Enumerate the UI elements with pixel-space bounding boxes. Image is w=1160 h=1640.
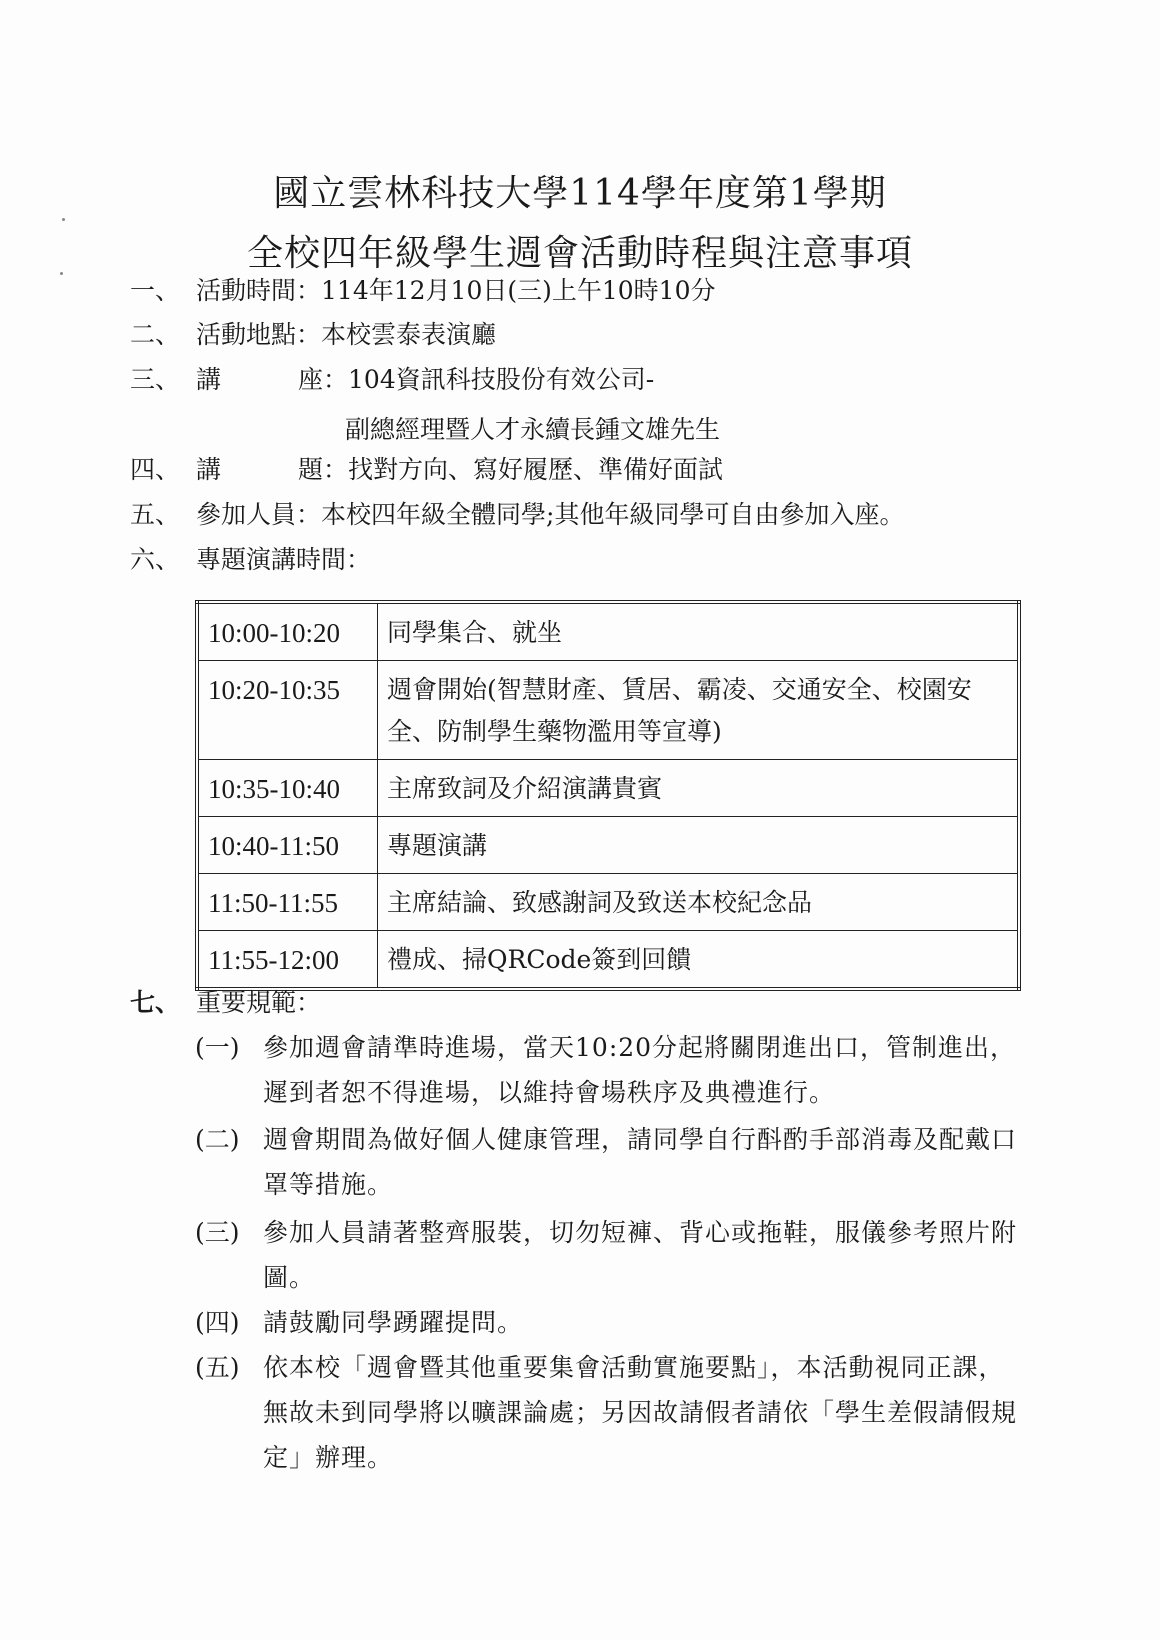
schedule-activity: 主席致詞及介紹演講貴賓 [378,760,1020,817]
rule-number: (四) [195,1300,240,1345]
item-value: 104資訊科技股份有效公司- [348,365,654,394]
rule-number: (一) [195,1025,240,1070]
rule-text: 依本校「週會暨其他重要集會活動實施要點」，本活動視同正課，無故未到同學將以曠課論… [263,1345,1025,1480]
item-value: 本校雲泰表演廳 [321,320,496,349]
item-topic: 四、講題：找對方向、寫好履歷、準備好面試 [130,455,723,485]
rule-item: (二) 週會期間為做好個人健康管理，請同學自行酙酌手部消毒及配戴口罩等措施。 [195,1117,1025,1207]
item-label: 重要規範： [196,988,321,1017]
item-number: 七、 [130,983,196,1019]
schedule-activity: 專題演講 [378,817,1020,874]
schedule-activity: 週會開始(智慧財產、賃居、霸凌、交通安全、校園安全、防制學生藥物濫用等宣導) [378,661,1020,760]
table-row: 10:00-10:20 同學集合、就坐 [197,602,1019,661]
item-schedule-heading: 六、專題演講時間： [130,545,371,575]
item-label-b: 題： [298,455,348,484]
scan-speck [62,218,65,221]
table-row: 11:50-11:55 主席結論、致感謝詞及致送本校紀念品 [197,874,1019,931]
item-label-b: 座： [298,365,348,394]
item-label-a: 講 [196,365,221,394]
scan-speck [60,272,63,275]
item-label: 專題演講時間： [196,545,371,575]
rules-heading: 七、重要規範： [130,983,321,1019]
item-speaker: 三、講座：104資訊科技股份有效公司- [130,365,654,395]
document-title-line1: 國立雲林科技大學114學年度第1學期 [0,165,1160,216]
schedule-activity: 主席結論、致感謝詞及致送本校紀念品 [378,874,1020,931]
document-page: 國立雲林科技大學114學年度第1學期 全校四年級學生週會活動時程與注意事項 一、… [0,0,1160,1640]
schedule-time: 10:20-10:35 [197,661,378,760]
item-number: 五、 [130,500,196,530]
item-label: 參加人員： [196,500,321,530]
rule-item: (三) 參加人員請著整齊服裝，切勿短褲、背心或拖鞋，服儀參考照片附圖。 [195,1210,1025,1300]
item-number: 六、 [130,545,196,575]
item-number: 二、 [130,320,196,350]
item-participants: 五、參加人員：本校四年級全體同學;其他年級同學可自由參加入座。 [130,500,904,530]
item-event-location: 二、活動地點：本校雲泰表演廳 [130,320,496,350]
item-number: 一、 [130,276,196,306]
table-row: 11:55-12:00 禮成、掃QRCode簽到回饋 [197,931,1019,990]
item-number: 三、 [130,365,196,395]
rule-item: (四) 請鼓勵同學踴躍提問。 [195,1300,1025,1345]
item-value: 114年12月10日(三)上午10時10分 [321,276,715,305]
rule-text: 參加人員請著整齊服裝，切勿短褲、背心或拖鞋，服儀參考照片附圖。 [263,1210,1025,1300]
schedule-time: 10:35-10:40 [197,760,378,817]
schedule-time: 10:40-11:50 [197,817,378,874]
item-speaker-continuation: 副總經理暨人才永續長鍾文雄先生 [345,410,720,446]
item-value: 本校四年級全體同學;其他年級同學可自由參加入座。 [321,500,904,529]
item-event-time: 一、活動時間：114年12月10日(三)上午10時10分 [130,276,716,306]
item-label: 活動地點： [196,320,321,350]
item-value: 找對方向、寫好履歷、準備好面試 [348,455,723,484]
rule-number: (三) [195,1210,240,1255]
table-row: 10:35-10:40 主席致詞及介紹演講貴賓 [197,760,1019,817]
rule-item: (一) 參加週會請準時進場，當天10:20分起將關閉進出口，管制進出，遲到者恕不… [195,1025,1025,1115]
schedule-table: 10:00-10:20 同學集合、就坐 10:20-10:35 週會開始(智慧財… [195,600,1021,991]
schedule-time: 11:55-12:00 [197,931,378,990]
rule-text: 參加週會請準時進場，當天10:20分起將關閉進出口，管制進出，遲到者恕不得進場，… [263,1025,1025,1115]
schedule-activity: 同學集合、就坐 [378,602,1020,661]
rule-number: (五) [195,1345,240,1390]
rule-text: 請鼓勵同學踴躍提問。 [263,1300,1025,1345]
schedule-time: 10:00-10:20 [197,602,378,661]
schedule-activity: 禮成、掃QRCode簽到回饋 [378,931,1020,990]
table-row: 10:20-10:35 週會開始(智慧財產、賃居、霸凌、交通安全、校園安全、防制… [197,661,1019,760]
rule-item: (五) 依本校「週會暨其他重要集會活動實施要點」，本活動視同正課，無故未到同學將… [195,1345,1025,1480]
item-label-a: 講 [196,455,221,484]
item-number: 四、 [130,455,196,485]
rule-text: 週會期間為做好個人健康管理，請同學自行酙酌手部消毒及配戴口罩等措施。 [263,1117,1025,1207]
document-title-line2: 全校四年級學生週會活動時程與注意事項 [0,225,1160,276]
rule-number: (二) [195,1117,240,1162]
item-label: 活動時間： [196,276,321,306]
schedule-time: 11:50-11:55 [197,874,378,931]
table-row: 10:40-11:50 專題演講 [197,817,1019,874]
